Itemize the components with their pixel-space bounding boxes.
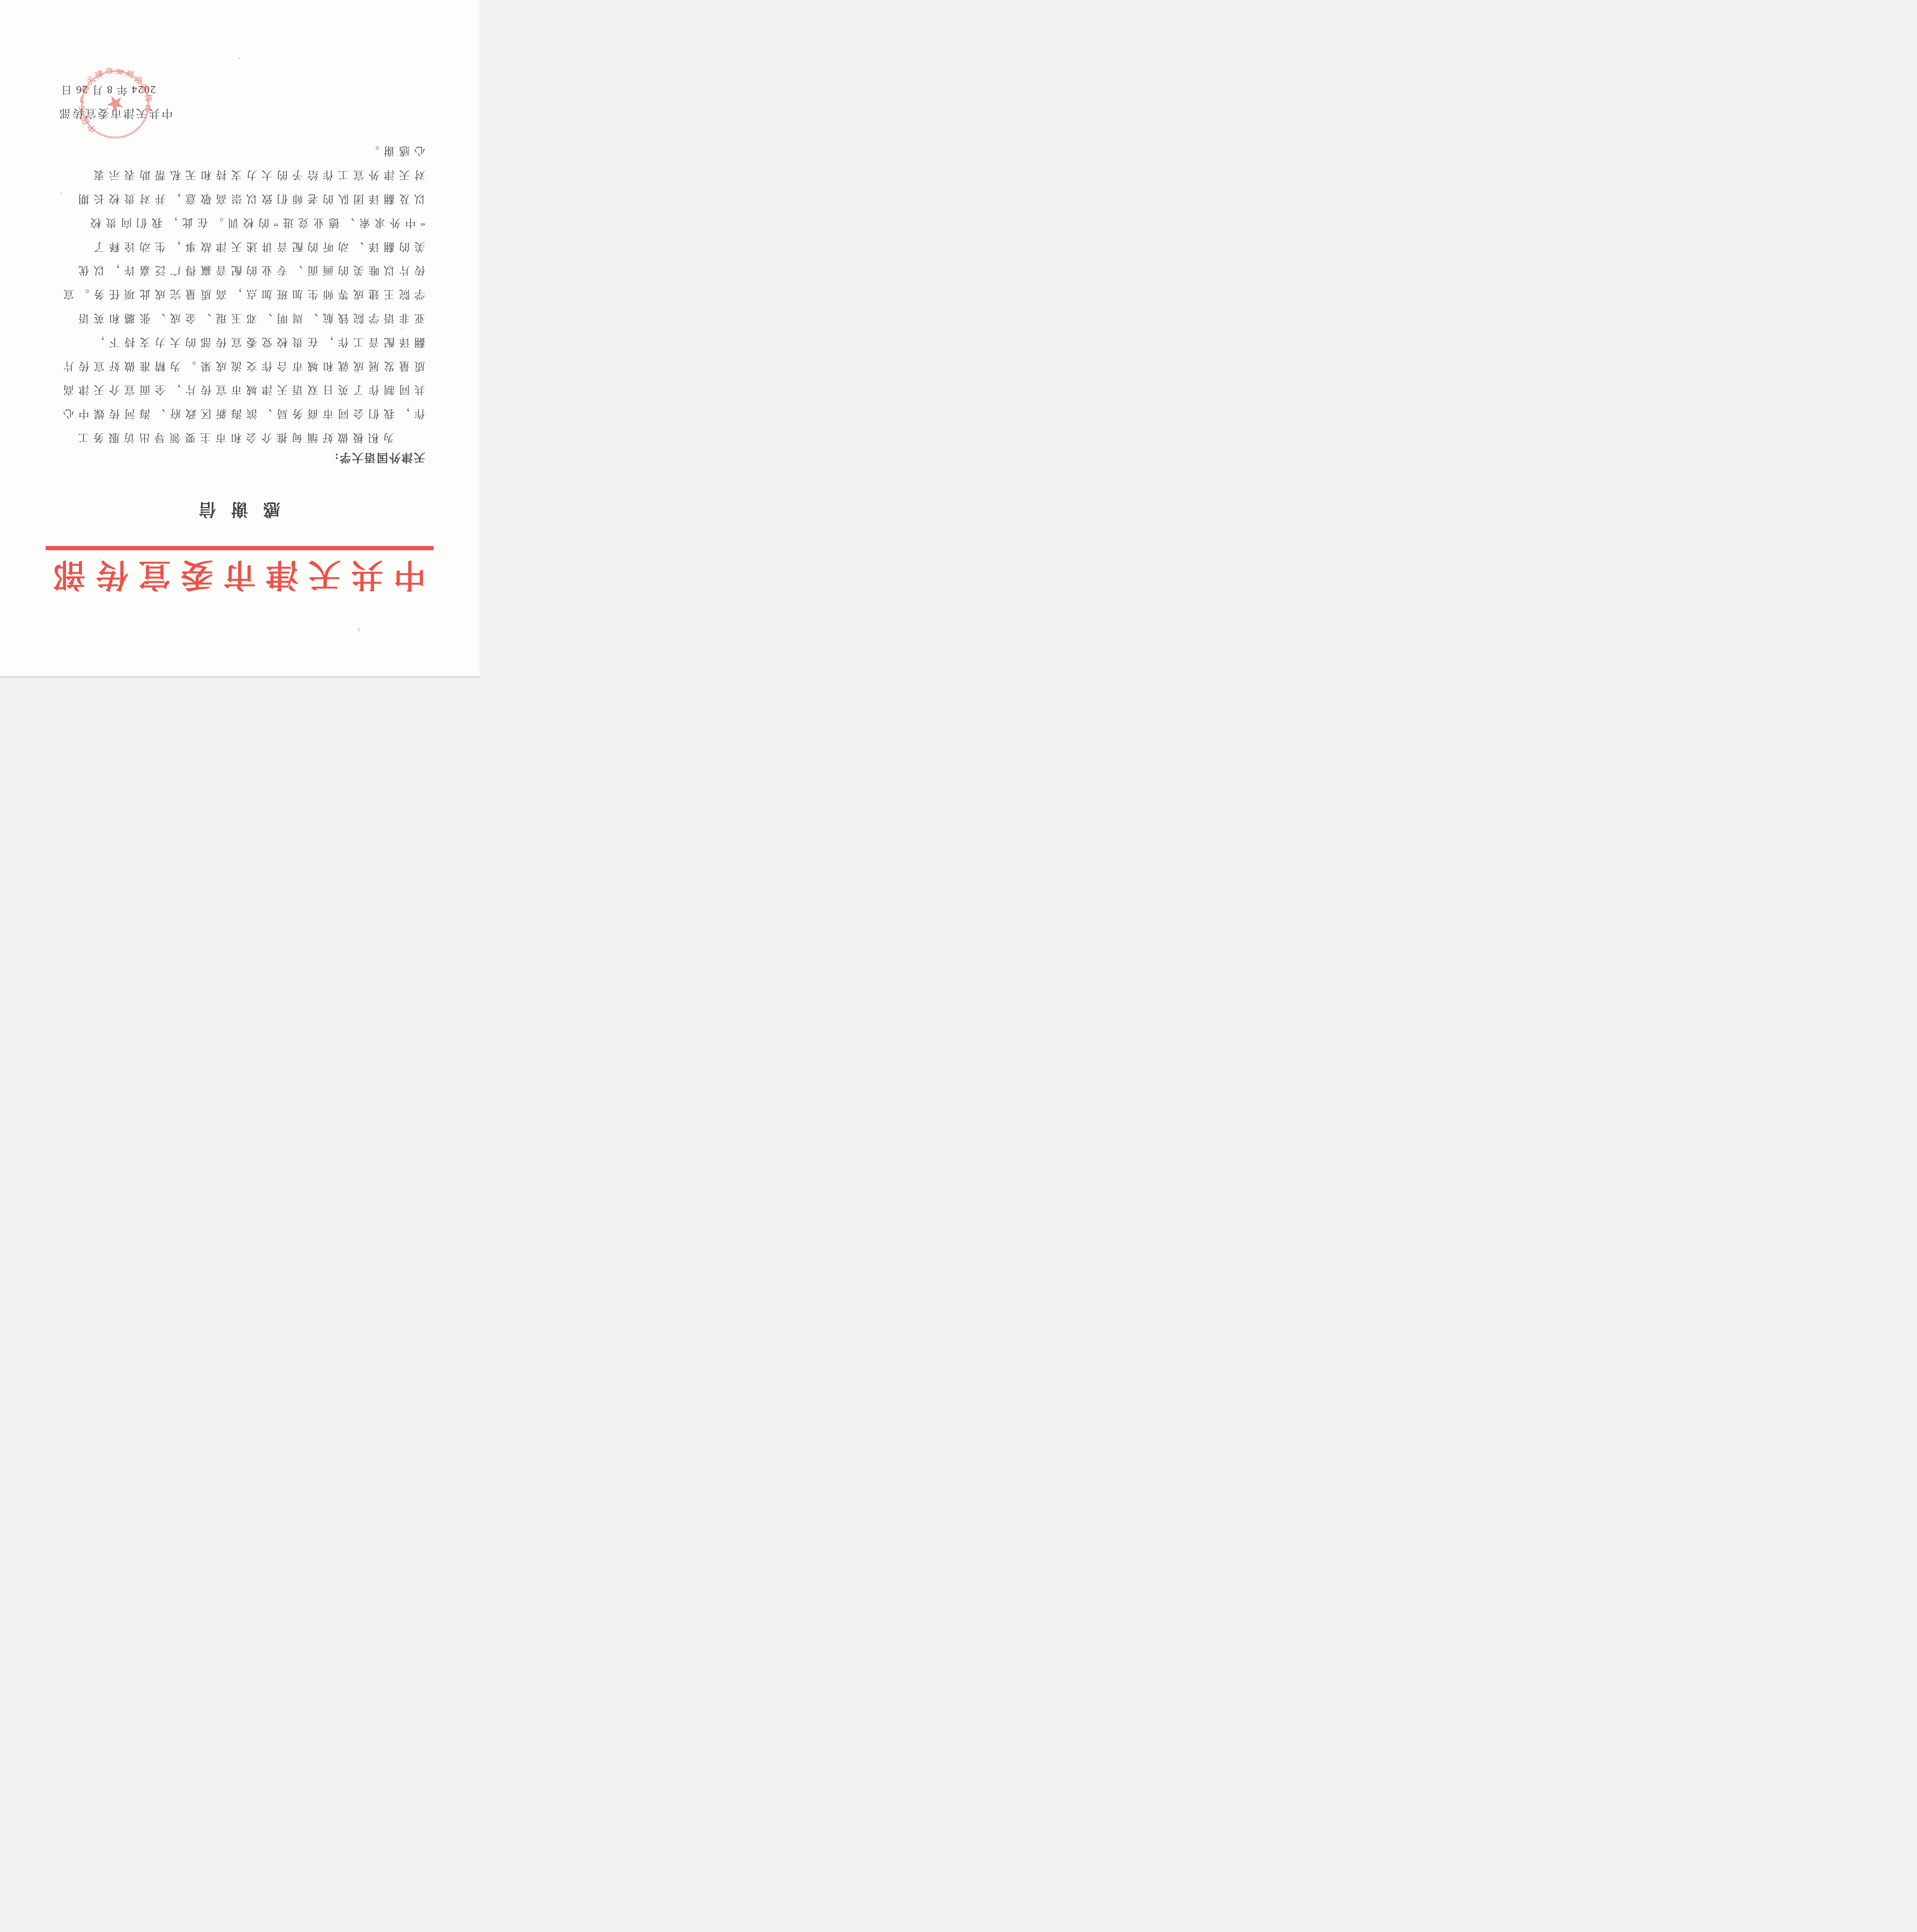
scan-speck xyxy=(100,559,100,562)
scanned-document-viewport: 中共天津市委宣传部 感 谢 信 天津外国语大学: 为积极做好缅甸推介会和市主要领… xyxy=(0,0,479,678)
scanner-edge-shadow xyxy=(0,675,479,678)
letterhead-org: 中共天津市委宣传部 xyxy=(0,556,479,592)
letter-recipient: 天津外国语大学: xyxy=(54,450,425,466)
body-line: 心感谢。 xyxy=(54,139,425,163)
body-line: 以及翻译团队的老师们致以崇高敬意，并对贵校长期 xyxy=(54,186,425,210)
scan-speck xyxy=(401,327,402,330)
scan-speck xyxy=(238,57,240,60)
body-line: 传片以唯美的画面、专业的配音赢得广泛嘉许，以优 xyxy=(54,258,425,282)
body-line: 作，我们会同市商务局、滨海新区政府、海河传媒中心 xyxy=(54,401,425,425)
body-line: 翻译配音工作，在贵校党委宣传部的大力支持下， xyxy=(54,330,425,354)
scan-speck xyxy=(61,191,62,195)
body-line: 为积极做好缅甸推介会和市主要领导出访服务工 xyxy=(54,425,425,449)
body-line: 学院王建成等师生加班加点，高质量完成此项任务。宣 xyxy=(54,282,425,306)
signature-org: 中共天津市委宣传部 xyxy=(58,107,173,118)
scan-speck xyxy=(358,628,359,631)
letterhead-rule xyxy=(46,546,434,550)
body-line: 美的翻译、动听的配音讲述天津故事，生动诠释了 xyxy=(54,234,425,258)
body-line: 对天津外宣工作给予的大力支持和无私帮助表示衷 xyxy=(54,162,425,186)
body-line: “中外求索、德业竞进”的校训。在此，我们向贵校 xyxy=(54,210,425,234)
body-line: 共同制作了英日双语天津城市宣传片，全面宣介天津高 xyxy=(54,378,425,401)
letter-body: 为积极做好缅甸推介会和市主要领导出访服务工 作，我们会同市商务局、滨海新区政府、… xyxy=(54,139,425,449)
signature-date: 2024 年 8 月 26 日 xyxy=(58,84,173,95)
scanned-letter-page: 中共天津市委宣传部 感 谢 信 天津外国语大学: 为积极做好缅甸推介会和市主要领… xyxy=(0,0,479,678)
signature-block: 中共天津市委宣传部 2024 年 8 月 26 日 xyxy=(58,84,173,118)
letter-title: 感 谢 信 xyxy=(0,498,479,523)
body-line: 质量发展成就和城市合作交流成果。为精准做好宣传片 xyxy=(54,354,425,378)
body-line: 亚非语学院钱航、周明、邓玉琨、金成、张璐和英语 xyxy=(54,306,425,330)
